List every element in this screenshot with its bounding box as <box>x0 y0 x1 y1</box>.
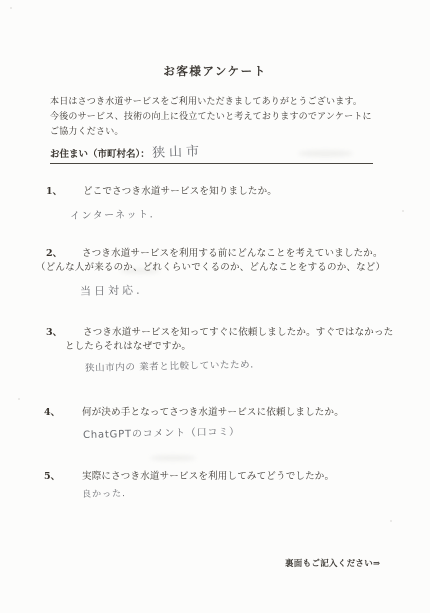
question-2-number: 2、 <box>46 245 62 259</box>
scan-speck <box>18 398 20 400</box>
intro-line-3: ご協力ください。 <box>50 124 124 137</box>
question-3-number: 3、 <box>46 324 62 338</box>
residence-label: お住まい（市町村名）： <box>50 146 150 160</box>
scan-speck <box>390 520 392 522</box>
question-3-handwritten-answer: 狭山市内の 業者と比較していたため. <box>85 356 254 374</box>
question-1-number: 1、 <box>46 183 62 197</box>
question-5-text: 実際にさつき水道サービスを利用してみてどうでしたか。 <box>82 468 334 482</box>
question-2-handwritten-answer: 当日対応. <box>80 282 143 299</box>
scan-speck <box>10 7 12 9</box>
question-2-text-line-1: さつき水道サービスを利用する前にどんなことを考えていましたか。 <box>82 245 383 259</box>
question-3-text-line-1: さつき水道サービスを知ってすぐに依頼しましたか。すぐではなかった <box>83 324 393 338</box>
residence-handwritten-answer: 狭山市 <box>152 140 204 161</box>
intro-line-2: 今後のサービス、技術の向上に役立てたいと考えておりますのでアンケートに <box>50 109 372 122</box>
question-3-text-line-2: としたらそれはなぜですか。 <box>65 338 191 352</box>
scan-smudge <box>150 455 196 461</box>
question-5-handwritten-answer: 良かった. <box>82 486 126 500</box>
intro-line-1: 本日はさつき水道サービスをご利用いただきましてありがとうございます。 <box>50 94 362 107</box>
question-1-handwritten-answer: インターネット. <box>70 205 155 222</box>
question-4-handwritten-answer: ChatGPTのコメント（口コミ） <box>83 423 240 441</box>
question-2-text-line-2: （どんな人が来るのか、どれくらいでくるのか、どんなことをするのか、など） <box>36 259 385 273</box>
scanned-survey-page: お客様アンケート 本日はさつき水道サービスをご利用いただきましてありがとうござい… <box>0 0 430 613</box>
page-title: お客様アンケート <box>0 63 430 79</box>
question-5-number: 5、 <box>44 468 60 482</box>
question-4-text: 何が決め手となってさつき水道サービスに依頼しましたか。 <box>82 404 344 418</box>
question-4-number: 4、 <box>44 404 60 418</box>
footer-note: 裏面もご記入ください⇒ <box>285 557 380 569</box>
scan-speck <box>402 210 404 212</box>
question-1-text: どこでさつき水道サービスを知りましたか。 <box>83 183 277 197</box>
